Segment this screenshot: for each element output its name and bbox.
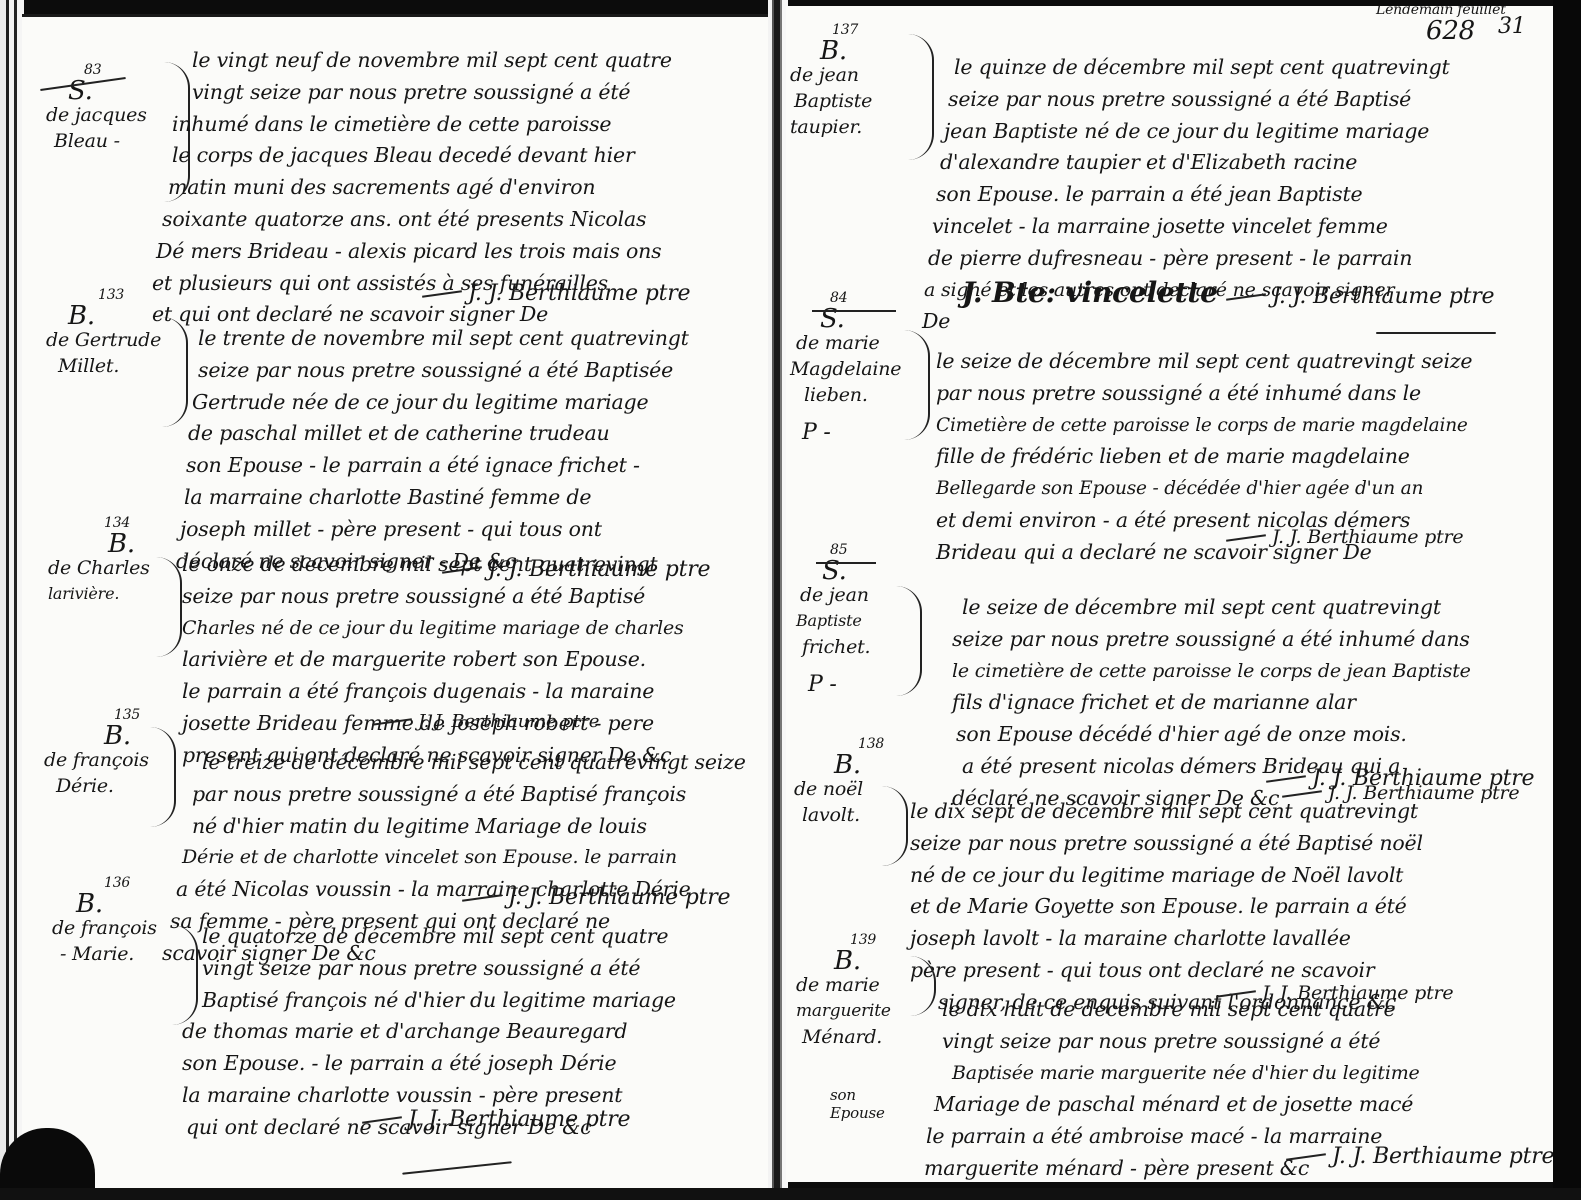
signature-flourish: [1226, 534, 1266, 542]
body-line: seize par nous pretre soussigné a été Ba…: [910, 828, 1423, 860]
entry-brace: [896, 586, 922, 696]
body-line: fils d'ignace frichet et de marianne ala…: [952, 687, 1471, 719]
body-line: seize par nous pretre soussigné a été Ba…: [948, 84, 1450, 116]
signature-text: J. J. Berthiaume ptre: [1328, 782, 1519, 804]
body-line: le quatorze de décembre mil sept cent qu…: [202, 921, 676, 953]
body-line: jean Baptiste né de ce jour du legitime …: [944, 116, 1450, 148]
entry-name-line: de Gertrude: [46, 327, 166, 353]
entry-code: B.: [820, 40, 910, 62]
priest-signature: J. J. Berthiaume ptre: [462, 885, 730, 910]
entry-margin: 84 S. de marie Magdelaine lieben. P -: [790, 290, 910, 445]
signature-flourish: [372, 718, 412, 726]
entry-brace: [908, 34, 934, 160]
body-line: joseph millet - père present - qui tous …: [180, 514, 689, 546]
scan-bottom-border: [0, 1188, 1581, 1200]
signature-text: J. J. Berthiaume ptre: [408, 1107, 630, 1132]
entry-brace: [156, 557, 182, 657]
body-line: par nous pretre soussigné a été inhumé d…: [936, 378, 1472, 410]
entry-code: B.: [834, 754, 914, 776]
entry-body: le trente de novembre mil sept cent quat…: [198, 323, 689, 577]
entry-name-line: Millet.: [58, 353, 166, 379]
entry-name-line: Ménard.: [802, 1024, 916, 1050]
body-line: inhumé dans le cimetière de cette parois…: [172, 109, 672, 141]
body-line: Dé mers Brideau - alexis picard les troi…: [156, 236, 672, 268]
entry-margin: 134 B. de Charles larivière.: [48, 515, 168, 607]
right-page: Lendemain feuillet 628 31 137 B. de jean…: [786, 6, 1553, 1182]
entry-number: 136: [104, 875, 172, 891]
entry-name-line: - Marie.: [60, 941, 172, 967]
body-line: Charles né de ce jour du legitime mariag…: [182, 613, 684, 645]
body-line: le cimetière de cette paroisse le corps …: [952, 656, 1471, 688]
body-line: matin muni des sacrements agé d'environ: [168, 172, 672, 204]
body-line: vingt seize par nous pretre soussigné a …: [942, 1026, 1420, 1058]
entry-brace: [882, 786, 908, 866]
body-line: De: [922, 306, 1450, 338]
body-line: son Epouse décédé d'hier agé de onze moi…: [956, 719, 1471, 751]
entry-body: le onze de decembre mil sept cent quatre…: [182, 549, 684, 772]
entry-name-line: marguerite: [796, 998, 916, 1024]
entry-name-line: de Charles: [48, 555, 168, 581]
body-line: le seize de décembre mil sept cent quatr…: [936, 346, 1472, 378]
body-line: vingt seize par nous pretre soussigné a …: [192, 77, 672, 109]
entry-code: B.: [68, 305, 166, 327]
priest-signature: J. J. Berthiaume ptre: [1226, 526, 1463, 548]
left-page: 83 S. de jacques Bleau - le vingt neuf d…: [22, 14, 770, 1190]
body-line: Cimetière de cette paroisse le corps de …: [936, 410, 1472, 442]
signature-underline: [402, 1161, 512, 1174]
body-line: fille de frédéric lieben et de marie mag…: [936, 441, 1472, 473]
body-line: Gertrude née de ce jour du legitime mari…: [192, 387, 689, 419]
body-line: le corps de jacques Bleau decedé devant …: [172, 140, 672, 172]
signature-text: J. J. Berthiaume ptre: [1272, 526, 1463, 548]
body-line: Mariage de paschal ménard et de josette …: [934, 1089, 1420, 1121]
body-line: de pierre dufresneau - père present - le…: [928, 243, 1450, 275]
body-line: vincelet - la marraine josette vincelet …: [932, 211, 1450, 243]
body-line: son Epouse - le parrain a été ignace fri…: [186, 450, 689, 482]
body-line: seize par nous pretre soussigné a été in…: [952, 624, 1471, 656]
scanned-register-spread: 83 S. de jacques Bleau - le vingt neuf d…: [0, 0, 1581, 1200]
body-line: de paschal millet et de catherine trudea…: [188, 418, 689, 450]
entry-margin: 139 B. de marie marguerite Ménard.: [796, 932, 916, 1050]
body-line: vingt seize par nous pretre soussigné a …: [202, 953, 676, 985]
entry-brace: [172, 925, 198, 1025]
priest-signature: J. J. Berthiaume ptre: [1226, 284, 1494, 309]
entry-name-line: Dérie.: [56, 773, 164, 799]
body-line: d'alexandre taupier et d'Elizabeth racin…: [940, 147, 1450, 179]
entry-number-rule: [812, 310, 896, 312]
body-line: seize par nous pretre soussigné a été Ba…: [198, 355, 689, 387]
priest-signature: J. J. Berthiaume ptre: [422, 281, 690, 306]
signature-flourish: [422, 290, 462, 298]
entry-margin: 137 B. de jean Baptiste taupier.: [790, 22, 910, 140]
entry-margin: 136 B. de françois - Marie.: [52, 875, 172, 967]
entry-code: B.: [76, 893, 172, 915]
book-left-edge: [0, 0, 24, 1200]
signature-text: J. J. Berthiaume ptre: [468, 281, 690, 306]
signature-text: J. J. Berthiaume ptre: [1332, 1144, 1553, 1169]
signature-flourish: [462, 894, 502, 902]
entry-number: 133: [98, 287, 166, 303]
priest-signature: J. J. Berthiaume ptre: [1282, 782, 1519, 804]
signature-flourish: [1286, 1153, 1326, 1161]
entry-code: B.: [834, 950, 916, 972]
signature-flourish: [362, 1116, 402, 1124]
body-line: et de Marie Goyette son Epouse. le parra…: [910, 891, 1423, 923]
body-line: par nous pretre soussigné a été Baptisé …: [192, 779, 746, 811]
body-line: né de ce jour du legitime mariage de Noë…: [910, 860, 1423, 892]
entry-number: 83: [84, 62, 166, 78]
signature-underline: [1376, 332, 1496, 334]
body-line: la marraine charlotte Bastiné femme de: [184, 482, 689, 514]
entry-margin: 135 B. de françois Dérie.: [44, 707, 164, 799]
marginal-mark: P -: [802, 420, 910, 445]
entry-brace: [904, 330, 930, 440]
entry-name-line: de jean: [790, 62, 910, 88]
signature-flourish: [1282, 790, 1322, 798]
body-line: le treize de décembre mil sept cent quat…: [202, 747, 746, 779]
body-line: son Epouse. - le parrain a été joseph Dé…: [182, 1048, 676, 1080]
body-line: Bellegarde son Epouse - décédée d'hier a…: [936, 473, 1472, 505]
entry-name-line: Bleau -: [54, 128, 166, 154]
body-line: le onze de decembre mil sept cent quatre…: [182, 549, 684, 581]
entry-name-line: de marie: [796, 972, 916, 998]
body-line: le quinze de décembre mil sept cent quat…: [954, 52, 1450, 84]
signature-text: J. J. Berthiaume ptre: [508, 885, 730, 910]
priest-signature: J. J. Berthiaume ptre: [1216, 982, 1453, 1004]
body-line: Baptisée marie marguerite née d'hier du …: [952, 1058, 1420, 1090]
book-gutter: [768, 0, 788, 1200]
entry-name-line: de jacques: [46, 102, 166, 128]
body-line: le seize de décembre mil sept cent quatr…: [962, 592, 1471, 624]
entry-brace: [162, 317, 188, 427]
entry-name-line: de françois: [44, 747, 164, 773]
signature-text: J. J. Berthiaume ptre: [1272, 284, 1494, 309]
witness-signature: J. Bte: vincelette: [962, 276, 1218, 309]
entry-code: B.: [108, 533, 168, 555]
body-line: né d'hier matin du legitime Mariage de l…: [192, 811, 746, 843]
signature-text: J. J. Berthiaume ptre: [1262, 982, 1453, 1004]
body-line: Baptisé françois né d'hier du legitime m…: [202, 985, 676, 1017]
body-line: le trente de novembre mil sept cent quat…: [198, 323, 689, 355]
entry-number: 138: [858, 736, 914, 752]
entry-name-line: larivière.: [48, 581, 168, 607]
body-line: joseph lavolt - la maraine charlotte lav…: [910, 923, 1423, 955]
body-line: Dérie et de charlotte vincelet son Epous…: [182, 842, 746, 874]
signature-flourish: [1226, 293, 1266, 301]
body-line: seize par nous pretre soussigné a été Ba…: [182, 581, 684, 613]
body-line: le vingt neuf de novembre mil sept cent …: [192, 45, 672, 77]
entry-margin: 83 S. de jacques Bleau -: [46, 62, 166, 154]
body-line: le parrain a été françois dugenais - la …: [182, 676, 684, 708]
entry-brace: [150, 727, 176, 827]
marginal-side-note: son Epouse: [830, 1086, 885, 1122]
body-line: de thomas marie et d'archange Beauregard: [182, 1016, 676, 1048]
entry-name-line: Magdelaine: [790, 356, 910, 382]
priest-signature: J. J. Berthiaume ptre: [372, 711, 599, 732]
folio-number: 628: [1426, 16, 1475, 46]
priest-signature: J. J. Berthiaume ptre: [362, 1107, 630, 1132]
scan-right-border: [1553, 0, 1581, 1200]
body-line: son Epouse. le parrain a été jean Baptis…: [936, 179, 1450, 211]
body-line: soixante quatorze ans. ont été presents …: [162, 204, 672, 236]
entry-name-line: de marie: [796, 330, 910, 356]
entry-name-line: Baptiste: [794, 88, 910, 114]
signature-flourish: [1216, 990, 1256, 998]
entry-name-line: taupier.: [790, 114, 910, 140]
priest-signature: J. J. Berthiaume ptre: [1286, 1144, 1553, 1169]
entry-margin: 133 B. de Gertrude Millet.: [46, 287, 166, 379]
entry-number-rule: [816, 562, 876, 564]
entry-name-line: de françois: [52, 915, 172, 941]
body-line: larivière et de marguerite robert son Ep…: [182, 644, 684, 676]
signature-text: J. J. Berthiaume ptre: [418, 711, 599, 732]
page-number: 31: [1498, 14, 1526, 39]
entry-name-line: lieben.: [804, 382, 910, 408]
